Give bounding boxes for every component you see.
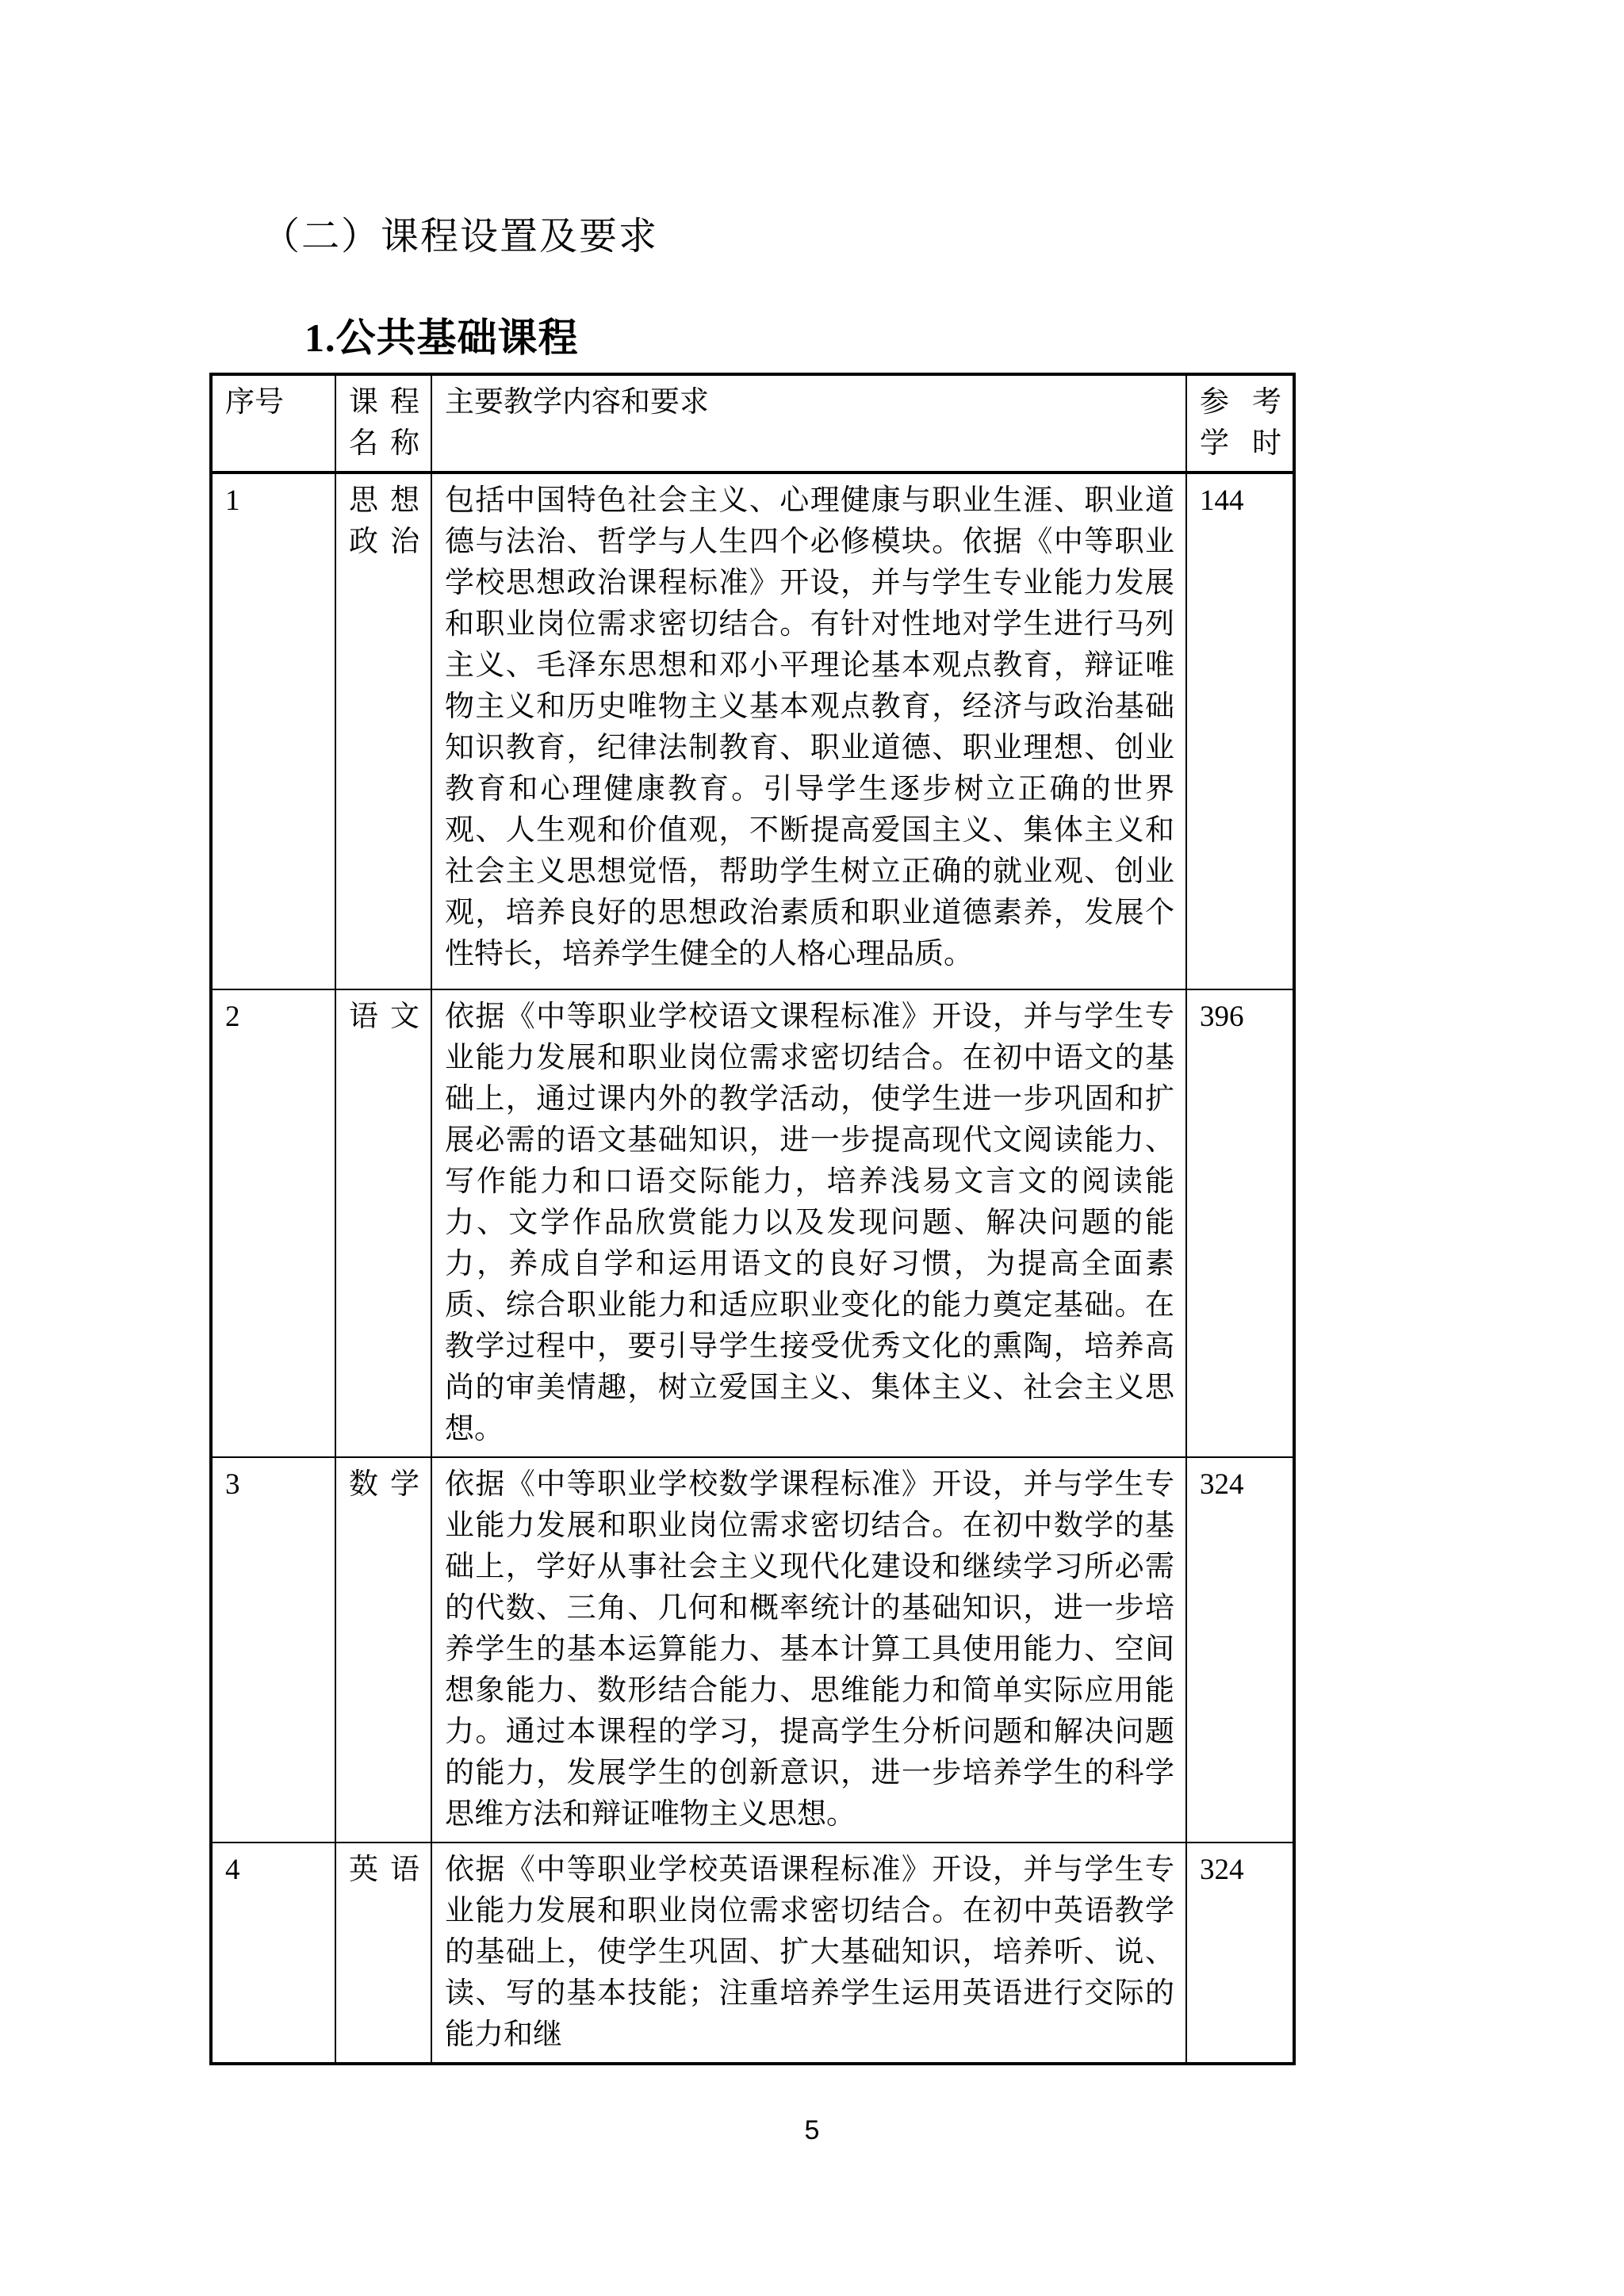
row-index-cell: 3 — [211, 1457, 335, 1843]
course-name-cell: 语文 — [335, 989, 431, 1457]
course-content-cell: 依据《中等职业学校数学课程标准》开设，并与学生专业能力发展和职业岗位需求密切结合… — [431, 1457, 1186, 1843]
column-header-content: 主要教学内容和要求 — [431, 374, 1186, 473]
column-header-hours: 参考学时 — [1186, 374, 1294, 473]
table-row: 4 英语 依据《中等职业学校英语课程标准》开设，并与学生专业能力发展和职业岗位需… — [211, 1843, 1294, 2064]
row-index-cell: 2 — [211, 989, 335, 1457]
table-body: 1 思想政治 包括中国特色社会主义、心理健康与职业生涯、职业道德与法治、哲学与人… — [211, 473, 1294, 2064]
document-page: （二）课程设置及要求 1.公共基础课程 序号 课程名称 主要教学内容和要求 参考… — [0, 0, 1624, 2296]
section-heading: （二）课程设置及要求 — [262, 214, 658, 260]
table-header-row: 序号 课程名称 主要教学内容和要求 参考学时 — [211, 374, 1294, 473]
row-index-cell: 4 — [211, 1843, 335, 2064]
table-row: 2 语文 依据《中等职业学校语文课程标准》开设，并与学生专业能力发展和职业岗位需… — [211, 989, 1294, 1457]
course-name-cell: 思想政治 — [335, 473, 431, 989]
course-name-cell: 数学 — [335, 1457, 431, 1843]
course-content-cell: 依据《中等职业学校英语课程标准》开设，并与学生专业能力发展和职业岗位需求密切结合… — [431, 1843, 1186, 2064]
row-index-cell: 1 — [211, 473, 335, 989]
course-hours-cell: 324 — [1186, 1843, 1294, 2064]
column-header-index: 序号 — [211, 374, 335, 473]
course-name-cell: 英语 — [335, 1843, 431, 2064]
table-row: 1 思想政治 包括中国特色社会主义、心理健康与职业生涯、职业道德与法治、哲学与人… — [211, 473, 1294, 989]
column-header-course-name: 课程名称 — [335, 374, 431, 473]
subsection-heading: 1.公共基础课程 — [304, 314, 579, 362]
course-hours-cell: 324 — [1186, 1457, 1294, 1843]
course-hours-cell: 396 — [1186, 989, 1294, 1457]
course-content-cell: 包括中国特色社会主义、心理健康与职业生涯、职业道德与法治、哲学与人生四个必修模块… — [431, 473, 1186, 989]
course-content-cell: 依据《中等职业学校语文课程标准》开设，并与学生专业能力发展和职业岗位需求密切结合… — [431, 989, 1186, 1457]
page-number: 5 — [0, 2115, 1624, 2146]
curriculum-table: 序号 课程名称 主要教学内容和要求 参考学时 1 思想政治 包括中国特色社会主义… — [209, 373, 1296, 2065]
table-header: 序号 课程名称 主要教学内容和要求 参考学时 — [211, 374, 1294, 473]
table-row: 3 数学 依据《中等职业学校数学课程标准》开设，并与学生专业能力发展和职业岗位需… — [211, 1457, 1294, 1843]
course-hours-cell: 144 — [1186, 473, 1294, 989]
